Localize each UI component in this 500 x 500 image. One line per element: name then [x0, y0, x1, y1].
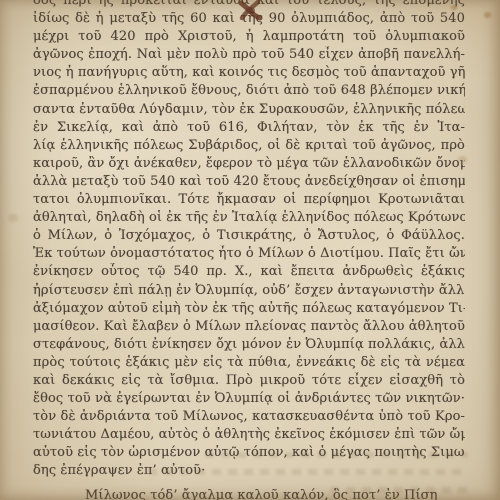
text-line: ἀλλὰ μεταξὺ τοῦ 540 καὶ τοῦ 420 ἔτους ἀν…: [33, 173, 465, 191]
text-line: ἀξιόμαχον αὑτοῦ εἰμὴ τὸν ἐκ τῆς αὐτῆς πό…: [33, 300, 465, 318]
text-line: σαντα ἐνταῦθα Λύγδαμιν, τὸν ἐκ Συρακουσῶ…: [33, 101, 465, 119]
text-line: ἀθληταὶ, δηλαδὴ οἱ ἐκ τῆς ἐν Ἰταλίᾳ ἑλλη…: [33, 209, 465, 227]
foxing-spot: [484, 12, 491, 18]
text-line: στεφάνους, διότι ἐνίκησεν ὄχι μόνον ἐν Ὀ…: [33, 336, 465, 354]
text-line: πρὸς τούτοις ἑξάκις μὲν εἰς τὰ πύθια, ἐν…: [33, 354, 465, 372]
text-line: ἐν Σικελίᾳ, καὶ ἀπὸ τοῦ 616, Φιλήταν, τὸ…: [33, 119, 465, 137]
text-line: ἔθος τοῦ νὰ ἐγείρωνται ἐν Ὀλυμπίᾳ οἱ ἀνδ…: [33, 390, 465, 408]
ink-stain: [238, 0, 263, 21]
text-line: ὁ Μίλων, ὁ Ἰσχόμαχος, ὁ Τισικράτης, ὁ Ἄσ…: [33, 227, 465, 245]
text-line: νιος ἡ πανήγυρις αὕτη, καὶ κοινός τις δε…: [33, 64, 465, 82]
text-line: ἠρίστευσεν ἐπὶ πάλῃ ἐν Ὀλυμπίᾳ, οὐδ’ ἔσχ…: [33, 282, 465, 300]
text-line: μέχρι τοῦ 420 πρὸ Χριστοῦ, ἡ λαμπροτάτη …: [33, 28, 465, 46]
text-line: τωνιάτου Δαμέου, αὐτὸς ὁ ἀθλητὴς ἐκεῖνος…: [33, 426, 465, 444]
text-line: τατοι ὀλυμπιονῖκαι. Τότε ἤκμασαν οἱ περί…: [33, 191, 465, 209]
text-line: καιροῦ, ἂν ὄχι ἀνέκαθεν, ἔφερον τὸ μέγα …: [33, 155, 465, 173]
verse-line: Μίλωνος τόδ’ ἄγαλμα καλοῦ καλόν, ὃς ποτ’…: [85, 487, 465, 500]
text-line: Ἐκ τούτων ὀνομαστότατος ἦτο ὁ Μίλων ὁ Δι…: [33, 245, 465, 263]
text-line: καὶ δεκάκις εἰς τὰ ἴσθμια. Πρὸ μικροῦ τό…: [33, 372, 465, 390]
text-line: τὸν δὲ ἀνδριάντα τοῦ Μίλωνος, κατασκευασ…: [33, 408, 465, 426]
scanned-page: δος περὶ ἧς πρόκειται ἐνταῦθα καὶ τοῦ τέ…: [0, 0, 500, 500]
text-block: δος περὶ ἧς πρόκειται ἐνταῦθα καὶ τοῦ τέ…: [33, 0, 465, 500]
text-line: ἐνίκησεν οὗτος τῷ 540 πρ. Χ., καὶ ἔπειτα…: [33, 263, 465, 281]
text-line: ἀγῶνος ἐποχή. Ναὶ μὲν πολὺ πρὸ τοῦ 540 ε…: [33, 46, 465, 64]
text-line: δης ἐπέγραψεν ἐπ’ αὐτοῦ·: [33, 462, 465, 480]
text-line: ἐσπαρμένου ἑλληνικοῦ ἔθνους, διότι ἀπὸ τ…: [33, 82, 465, 100]
text-line: μασίθεον. Καὶ ἔλαβεν ὁ Μίλων πλείονας πα…: [33, 318, 465, 336]
text-line: αὑτοῦ εἰς τὸν ὡρισμένον αὐτῷ τόπον, καὶ …: [33, 444, 465, 462]
foxing-spot: [8, 214, 18, 222]
text-line: λίᾳ ἑλληνικῆς πόλεως Συβάριδος, οἱ δὲ κρ…: [33, 137, 465, 155]
